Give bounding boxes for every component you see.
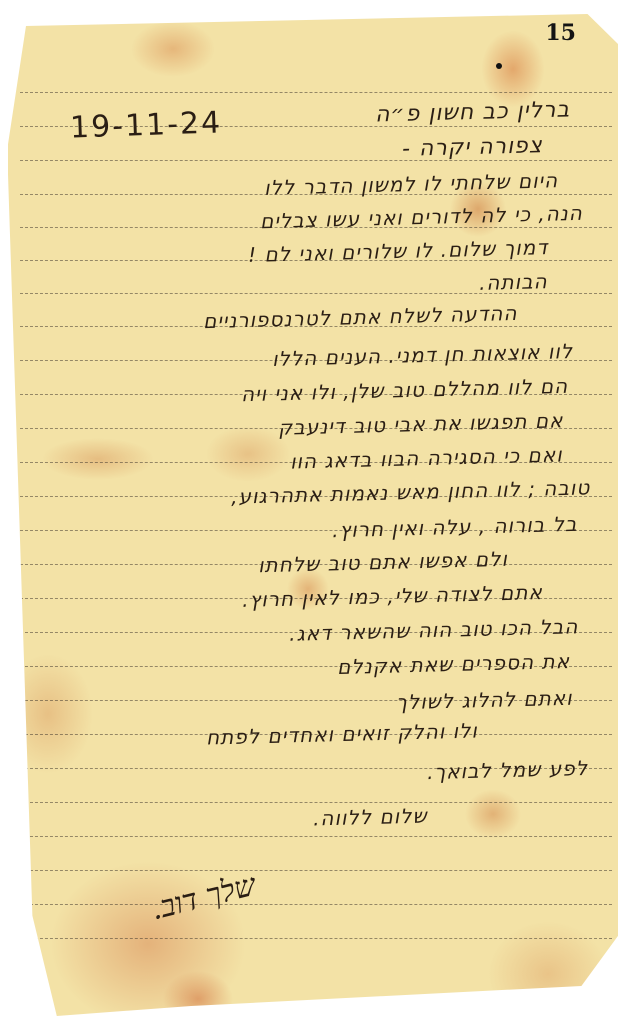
page-number: 15 xyxy=(545,20,576,46)
ruled-line xyxy=(20,160,612,161)
body-line: לפע שמל לבואך. xyxy=(427,756,589,784)
letter-date: 19-11-24 xyxy=(69,105,222,145)
letter-place-date-hebrew: ברלין כב חשון פ״ה xyxy=(375,97,571,127)
ink-dot xyxy=(496,63,502,69)
ruled-line xyxy=(20,904,612,905)
ruled-line xyxy=(20,92,612,93)
ruled-line xyxy=(20,870,612,871)
letter-addressee: צפורה יקרה - xyxy=(402,133,543,162)
body-line: ואתם להלוג לשולך xyxy=(396,686,573,715)
ruled-line xyxy=(20,836,612,837)
ruled-line xyxy=(20,802,612,803)
body-line: שלום ללווה. xyxy=(313,804,428,831)
body-line: הבותה. xyxy=(479,269,548,295)
ruled-line xyxy=(20,938,612,939)
